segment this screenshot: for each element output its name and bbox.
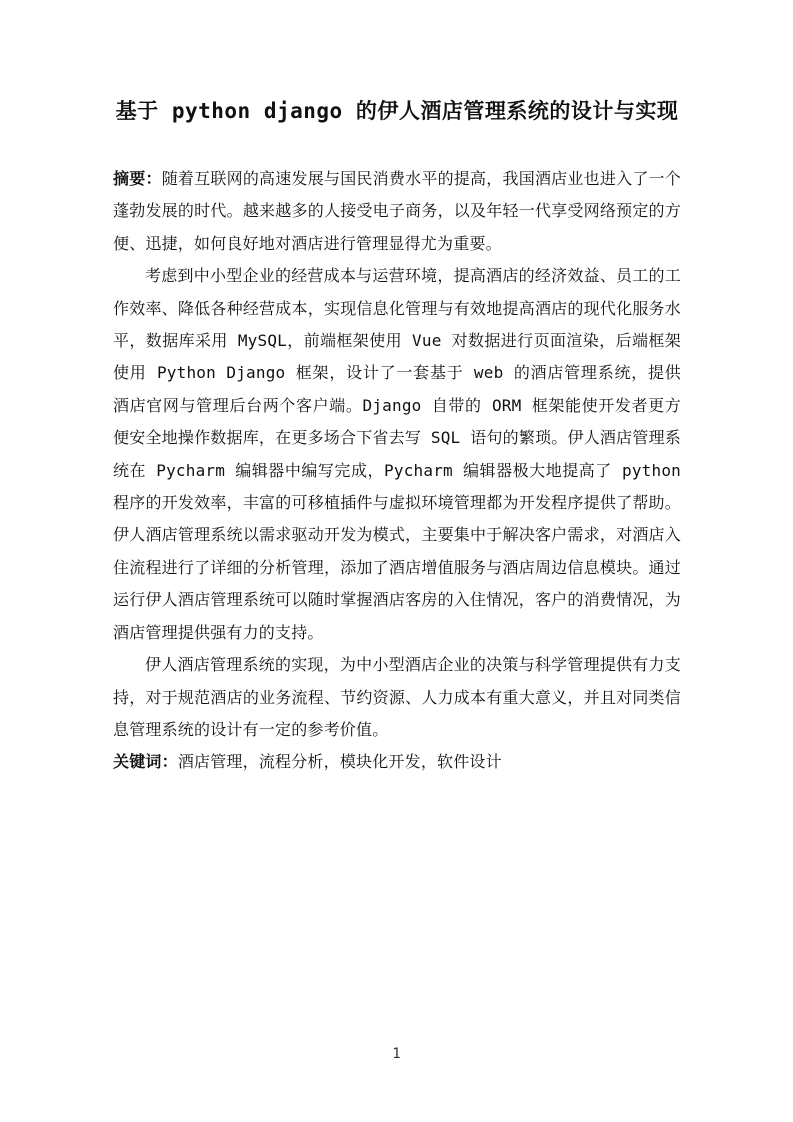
abstract-paragraph: 摘要：随着互联网的高速发展与国民消费水平的提高，我国酒店业也进入了一个蓬勃发展的… bbox=[113, 163, 681, 260]
keywords-text: 酒店管理，流程分析，模块化开发，软件设计 bbox=[178, 752, 502, 771]
abstract-text: 随着互联网的高速发展与国民消费水平的提高，我国酒店业也进入了一个蓬勃发展的时代。… bbox=[113, 169, 681, 253]
body-paragraph-2: 伊人酒店管理系统的实现，为中小型酒店企业的决策与科学管理提供有力支持，对于规范酒… bbox=[113, 649, 681, 746]
paper-title: 基于 python django 的伊人酒店管理系统的设计与实现 bbox=[113, 96, 681, 126]
document-page: 基于 python django 的伊人酒店管理系统的设计与实现 摘要：随着互联… bbox=[0, 0, 793, 1122]
abstract-label: 摘要： bbox=[113, 169, 162, 188]
keywords-label: 关键词： bbox=[113, 752, 178, 771]
page-number: 1 bbox=[0, 1046, 793, 1062]
body-paragraph-1: 考虑到中小型企业的经营成本与运营环境，提高酒店的经济效益、员工的工作效率、降低各… bbox=[113, 260, 681, 649]
keywords-line: 关键词：酒店管理，流程分析，模块化开发，软件设计 bbox=[113, 746, 681, 778]
